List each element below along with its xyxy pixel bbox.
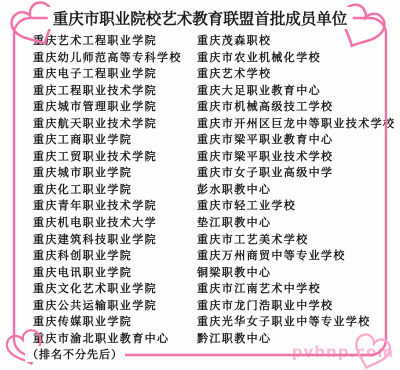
list-item: 重庆市开州区巨龙中等职业技术学校 [197, 116, 392, 133]
list-item: 重庆茂森职校 [197, 33, 392, 50]
list-item: 重庆艺术学校 [197, 66, 392, 83]
list-item: 重庆市渝北职业教育中心 [33, 331, 193, 348]
list-item: 重庆大足职业教育中心 [197, 83, 392, 100]
member-list-page: { "title": "重庆市职业院校艺术教育联盟首批成员单位", "note"… [0, 0, 400, 370]
page-title: 重庆市职业院校艺术教育联盟首批成员单位 [48, 7, 353, 29]
list-item: 重庆市女子职业高级中学 [197, 165, 392, 182]
list-item: 重庆工程职业技术学院 [33, 83, 193, 100]
list-item: 重庆市轻工业学校 [197, 198, 392, 215]
list-item: 重庆市梁平职业技术学校 [197, 149, 392, 166]
list-item: 重庆建筑科技职业学院 [33, 232, 193, 249]
list-item: 重庆市龙门浩职业中学校 [197, 298, 392, 315]
list-item: 重庆光华女子职业中等专业学校 [197, 314, 392, 331]
list-item: 重庆市工艺美术学校 [197, 232, 392, 249]
list-item: 重庆幼儿师范高等专科学校 [33, 50, 193, 67]
list-item: 重庆青年职业技术学院 [33, 198, 193, 215]
list-item: 重庆市机械高级技工学校 [197, 99, 392, 116]
list-item: 重庆市江南艺术中学校 [197, 281, 392, 298]
list-item: 重庆公共运输职业学院 [33, 298, 193, 315]
list-item: 重庆机电职业技术大学 [33, 215, 193, 232]
member-list-left-column: 重庆艺术工程职业学院重庆幼儿师范高等专科学校重庆电子工程职业学院重庆工程职业技术… [33, 33, 193, 347]
list-item: 垫江职教中心 [197, 215, 392, 232]
list-item: 重庆工贸职业技术学院 [33, 149, 193, 166]
list-item: 重庆市梁平职业教育中心 [197, 132, 392, 149]
list-item: 重庆科创职业学院 [33, 248, 193, 265]
member-list-right-column: 重庆茂森职校重庆市农业机械化学校重庆艺术学校重庆大足职业教育中心重庆市机械高级技… [197, 33, 392, 347]
list-item: 重庆电子工程职业学院 [33, 66, 193, 83]
ranking-note: （排名不分先后） [25, 346, 125, 362]
list-item: 重庆市农业机械化学校 [197, 50, 392, 67]
list-item: 重庆文化艺术职业学院 [33, 281, 193, 298]
list-item: 彭水职教中心 [197, 182, 392, 199]
list-item: 重庆万州商贸中等专业学校 [197, 248, 392, 265]
list-item: 重庆航天职业技术学院 [33, 116, 193, 133]
list-item: 重庆城市管理职业学院 [33, 99, 193, 116]
list-item: 重庆艺术工程职业学院 [33, 33, 193, 50]
list-item: 重庆传媒职业学院 [33, 314, 193, 331]
list-item: 铜梁职教中心 [197, 265, 392, 282]
list-item: 重庆工商职业学院 [33, 132, 193, 149]
list-item: 重庆城市职业学院 [33, 165, 193, 182]
list-item: 黔江职教中心 [197, 331, 392, 348]
list-item: 重庆化工职业学院 [33, 182, 193, 199]
list-item: 重庆电讯职业学院 [33, 265, 193, 282]
